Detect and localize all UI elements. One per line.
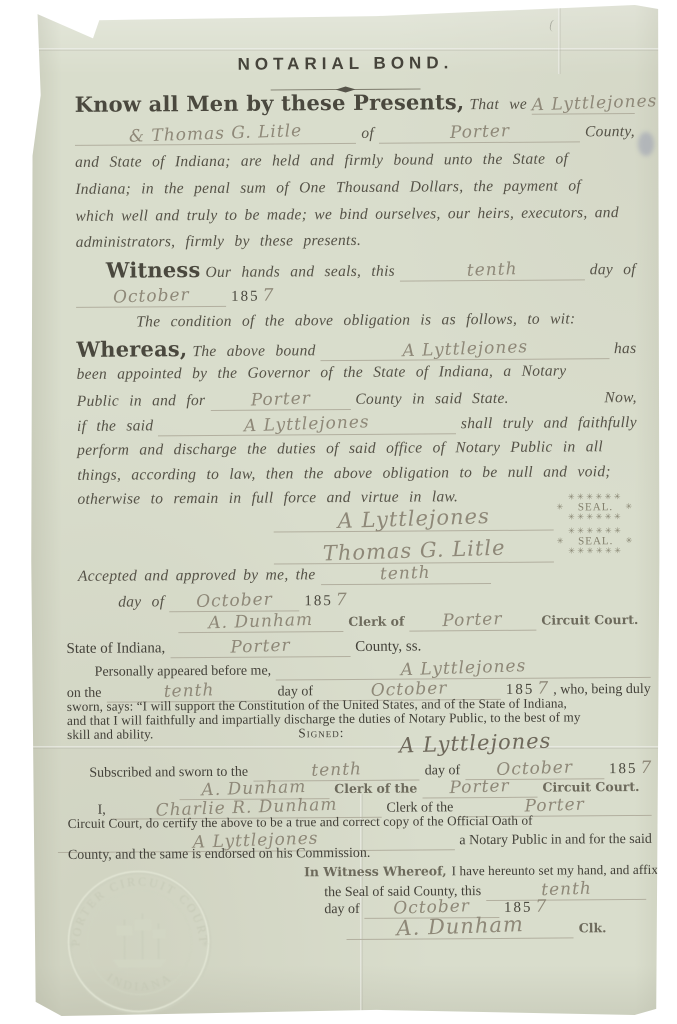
whereas-text-4a: if the said [77, 417, 154, 436]
whereas-text-4b: shall truly and faithfully [461, 414, 637, 433]
whereas-text-6: things, according to law, then the above… [77, 463, 611, 485]
oath-name-handwriting: A Lyttlejones [400, 656, 526, 680]
accepted-clerk-signature-blank: A. Dunham [178, 611, 343, 633]
opening-text-3: and State of Indiana; are held and firml… [75, 150, 568, 171]
document-content: NOTARIAL BOND. Know all Men by these Pre… [30, 2, 667, 1018]
witness-text: Our hands and seals, this [205, 263, 395, 282]
seal-middle-row: ✳ SEAL. ✳ [556, 502, 634, 513]
opening-text-6: administrators, firmly by these presents… [76, 232, 362, 252]
opening-line-6: administrators, firmly by these presents… [76, 230, 636, 252]
opening-line-1: Know all Men by these Presents, That we … [75, 88, 635, 118]
attest-clerk-signature-blank: A. Dunham [346, 913, 573, 940]
subscribed-circuit-court: Circuit Court. [542, 779, 639, 795]
certify-line-4: County, and the same is endorsed on his … [68, 844, 652, 864]
witness-year-printed: 185 [231, 289, 260, 306]
document-title: NOTARIAL BOND. [30, 52, 660, 76]
accepted-day-handwriting: tenth [380, 563, 431, 585]
accepted-day-blank: tenth [320, 563, 490, 585]
principal-signature-line-2: Thomas G. Litle [274, 538, 554, 565]
witness-year-handwriting: 7 [262, 286, 273, 306]
condition-line: The condition of the above obligation is… [76, 310, 636, 332]
oath-appeared-text: Personally appeared before me, [95, 664, 272, 681]
attest-clerk-signature: A. Dunham [396, 912, 524, 940]
seal-ornament-bottom: ✳✳✳✳✳✳ [557, 546, 635, 557]
witness-date-line: October 1857 [76, 283, 636, 308]
subscribed-county-handwriting: Porter [450, 776, 511, 798]
accepted-text: Accepted and approved by me, the [78, 566, 316, 586]
opening-line-4: Indiana; in the penal sum of One Thousan… [75, 177, 635, 199]
seal-stamp-2: ✳✳✳✳✳✳ ✳ SEAL. ✳ ✳✳✳✳✳✳ [557, 526, 635, 557]
seal-ornament-left: ✳ [556, 502, 565, 512]
certify-text-4: County, and the same is endorsed on his … [68, 846, 371, 864]
whereas-text-2: been appointed by the Governor of the St… [77, 362, 567, 383]
whereas-now: Now, [604, 389, 636, 407]
that-we-label: That we [469, 96, 527, 114]
accepted-clerk-signature: A. Dunham [208, 610, 313, 633]
svg-text:INDIANA: INDIANA [104, 970, 175, 994]
oath-signature-line: A Lyttlejones [345, 730, 605, 756]
witness-blackletter: Witness [106, 257, 201, 283]
oath-name-blank: A Lyttlejones [276, 657, 651, 681]
witness-day-blank: tenth [400, 259, 585, 281]
accepted-month-blank: October [169, 590, 299, 612]
principal-name-blank: A Lyttlejones [532, 93, 635, 115]
attest-day-handwriting: tenth [541, 879, 592, 901]
seal-ornament-bottom: ✳✳✳✳✳✳ [557, 512, 635, 523]
accepted-circuit-court: Circuit Court. [541, 612, 638, 628]
seal-ornament-right: ✳ [626, 536, 635, 546]
document-paper: NOTARIAL BOND. Know all Men by these Pre… [30, 4, 660, 1016]
opening-text-5: which well and truly to be made; we bind… [75, 204, 619, 226]
attest-blackletter: In Witness Whereof, [304, 863, 447, 879]
venue-county-blank: Porter [170, 636, 350, 658]
opening-line-2: & Thomas G. Litle of Porter County, [75, 121, 635, 146]
condition-text: The condition of the above obligation is… [136, 310, 575, 331]
principal-name-handwriting: A Lyttlejones [532, 91, 658, 115]
whereas-county-blank: Porter [210, 389, 350, 411]
seal-ornament-left: ✳ [557, 536, 566, 546]
accepted-year-printed: 185 [304, 593, 333, 610]
principal-signature-1: A Lyttlejones [337, 504, 490, 533]
emboss-arc-bottom-text: INDIANA [104, 970, 175, 994]
attest-clerk-line: A. Dunham Clk. [346, 913, 606, 940]
subscribed-year-handwriting: 7 [640, 758, 651, 778]
principal-signature-2: Thomas G. Litle [322, 536, 505, 566]
whereas-line-3: Public in and for Porter County in said … [77, 387, 637, 412]
attest-line-1: In Witness Whereof, I have hereunto set … [304, 862, 654, 880]
accepted-county-handwriting: Porter [442, 609, 503, 631]
seal-label: SEAL. [578, 502, 613, 512]
witness-day-of: day of [590, 261, 636, 279]
accepted-year-handwriting: 7 [336, 590, 347, 610]
oath-signature: A Lyttlejones [399, 729, 552, 758]
scan-background: NOTARIAL BOND. Know all Men by these Pre… [0, 0, 677, 1024]
subscribed-clerk-of-the: Clerk of the [334, 781, 417, 797]
whereas-name2-handwriting: A Lyttlejones [244, 412, 370, 436]
accepted-month-handwriting: October [196, 590, 273, 613]
county-handwriting-1: Porter [449, 121, 510, 143]
whereas-name-handwriting: A Lyttlejones [402, 337, 528, 361]
emboss-side-ornament-right: ✳ [202, 939, 210, 949]
whereas-line-2: been appointed by the Governor of the St… [77, 362, 637, 384]
whereas-blackletter: Whereas, [76, 336, 187, 362]
embossed-county-seal: PORTER CIRCUIT COURT INDIANA ✳ ✳ [64, 867, 215, 1018]
svg-text:PORTER CIRCUIT COURT: PORTER CIRCUIT COURT [68, 874, 211, 947]
whereas-name2-blank: A Lyttlejones [158, 413, 456, 436]
attest-clk: Clk. [579, 920, 607, 935]
accepted-day-of: day of [118, 593, 164, 611]
county-blank-1: Porter [379, 121, 580, 143]
whereas-line-1: Whereas, The above bound A Lyttlejones h… [76, 333, 636, 363]
witness-month-blank: October [76, 286, 226, 308]
principal-signature-line-1: A Lyttlejones [274, 506, 554, 533]
whereas-county-handwriting: Porter [250, 388, 311, 410]
accepted-clerk-line: A. Dunham Clerk of Porter Circuit Court. [78, 609, 638, 634]
whereas-line-6: things, according to law, then the above… [77, 463, 637, 485]
second-name-blank: & Thomas G. Litle [75, 123, 357, 146]
county-ss: County, ss. [355, 638, 421, 655]
seal-stamp-1: ✳✳✳✳✳✳ ✳ SEAL. ✳ ✳✳✳✳✳✳ [556, 492, 634, 523]
venue-line: State of Indiana, Porter County, ss. [66, 634, 650, 659]
second-name-handwriting: & Thomas G. Litle [129, 121, 303, 147]
accepted-line-1: Accepted and approved by me, the tenth [78, 562, 638, 587]
accepted-county-blank: Porter [409, 610, 536, 632]
opening-blackletter: Know all Men by these Presents, [75, 89, 465, 117]
whereas-text-3b: County in said State. [355, 390, 509, 409]
seal-label: SEAL. [578, 536, 613, 546]
attest-text-1: I have hereunto set my hand, and affixed [452, 862, 671, 880]
opening-line-3: and State of Indiana; are held and firml… [75, 150, 635, 172]
emboss-ship-pictorial [112, 913, 166, 967]
whereas-name-blank: A Lyttlejones [321, 338, 609, 361]
venue-county-handwriting: Porter [230, 636, 291, 658]
state-of-indiana: State of Indiana, [66, 640, 165, 658]
whereas-line-5: perform and discharge the duties of said… [77, 438, 637, 460]
seal-middle-row: ✳ SEAL. ✳ [557, 536, 635, 547]
oath-text-5: skill and ability. [67, 726, 153, 743]
whereas-text-3a: Public in and for [77, 392, 206, 411]
seal-ornament-right: ✳ [625, 502, 634, 512]
opening-line-5: which well and truly to be made; we bind… [75, 204, 635, 226]
opening-text-4: Indiana; in the penal sum of One Thousan… [75, 177, 581, 199]
whereas-has: has [614, 340, 637, 358]
whereas-text-5: perform and discharge the duties of said… [77, 438, 603, 460]
accepted-clerk-of: Clerk of [348, 614, 404, 629]
whereas-line-4: if the said A Lyttlejones shall truly an… [77, 412, 637, 437]
witness-line: Witness Our hands and seals, this tenth … [76, 254, 636, 284]
witness-day-handwriting: tenth [467, 259, 518, 281]
emboss-side-ornament-left: ✳ [69, 940, 77, 950]
whereas-text-1: The above bound [192, 342, 315, 361]
of-label: of [361, 125, 374, 143]
emboss-arc-top-text: PORTER CIRCUIT COURT [68, 874, 211, 947]
witness-month-handwriting: October [112, 285, 189, 308]
county-word: County, [585, 123, 635, 141]
signed-label: Signed: [298, 725, 344, 741]
